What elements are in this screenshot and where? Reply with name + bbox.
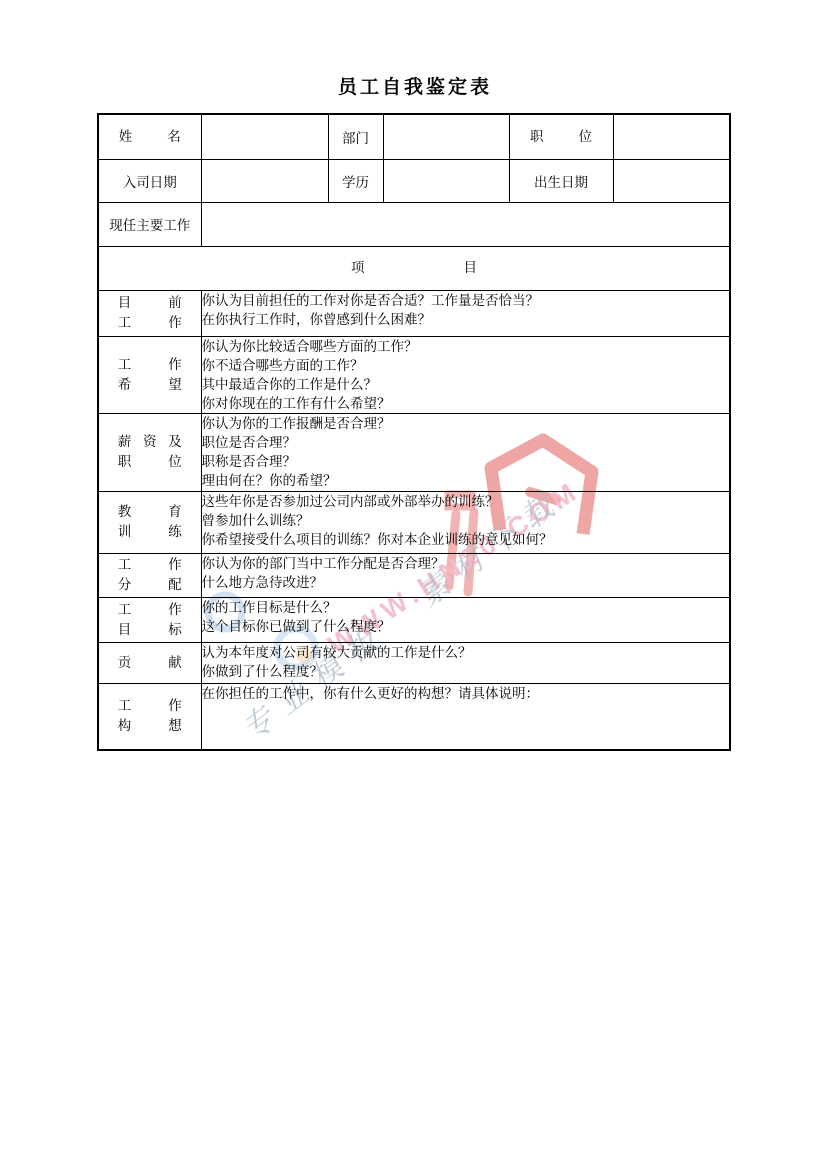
row-questions-salary-position: 你认为你的工作报酬是否合理？ 职位是否合理？ 职称是否合理？ 理由何在？你的希望…: [201, 413, 730, 491]
row-label-line: 工作: [118, 313, 182, 333]
row-questions-work-idea: 在你担任的工作中，你有什么更好的构想？请具体说明：: [201, 683, 730, 750]
question-line: 什么地方急待改进？: [202, 573, 730, 592]
question-line: 职称是否合理？: [202, 452, 730, 471]
question-line: 在你担任的工作中，你有什么更好的构想？请具体说明：: [202, 684, 730, 703]
row-label-education-training: 教育 训练: [98, 491, 201, 553]
question-line: 你的工作目标是什么？: [202, 598, 730, 617]
row-label-line: 目前: [118, 293, 182, 313]
question-line: 你对你现在的工作有什么希望？: [202, 394, 730, 413]
question-line: 在你执行工作时，你曾感到什么困难？: [202, 310, 730, 329]
row-label-line: 目标: [118, 620, 182, 640]
question-line: 职位是否合理？: [202, 433, 730, 452]
section-header-cell: 项目: [98, 246, 730, 290]
row-questions-work-hope: 你认为你比较适合哪些方面的工作？ 你不适合哪些方面的工作？ 其中最适合你的工作是…: [201, 336, 730, 413]
position-label-text: 职位: [530, 127, 592, 147]
table-row: 现任主要工作: [98, 202, 730, 246]
question-line: 你希望接受什么项目的训练？你对本企业训练的意见如何？: [202, 530, 730, 549]
table-row: 目前 工作 你认为目前担任的工作对你是否合适？工作量是否恰当？ 在你执行工作时，…: [98, 290, 730, 336]
row-label-work-idea: 工作 构想: [98, 683, 201, 750]
question-line: 你不适合哪些方面的工作？: [202, 356, 730, 375]
row-label-line: 工作: [118, 555, 182, 575]
page-title: 员工自我鉴定表: [98, 72, 732, 99]
table-row: 工作 希望 你认为你比较适合哪些方面的工作？ 你不适合哪些方面的工作？ 其中最适…: [98, 336, 730, 413]
row-questions-work-allocation: 你认为你的部门当中工作分配是否合理？ 什么地方急待改进？: [201, 553, 730, 597]
row-label-line: 训练: [118, 522, 182, 542]
hire-date-value-cell: [201, 159, 328, 202]
row-label-line: 构想: [118, 716, 182, 736]
row-label-line: 教育: [118, 502, 182, 522]
table-row: 教育 训练 这些年你是否参加过公司内部或外部举办的训练？ 曾参加什么训练？ 你希…: [98, 491, 730, 553]
row-label-salary-position: 薪资及 职位: [98, 413, 201, 491]
self-assessment-table: 姓名 部门 职位 入司日期 学历 出生日期 现任主要工作: [97, 113, 731, 751]
row-label-line: 分配: [118, 575, 182, 595]
row-label-line: 工作: [118, 355, 182, 375]
document-page: WWW.HN20.COM 专业模板 素材下载 员工自我鉴定表 姓名 部门 职位 …: [0, 0, 827, 1169]
table-row: 薪资及 职位 你认为你的工作报酬是否合理？ 职位是否合理？ 职称是否合理？ 理由…: [98, 413, 730, 491]
table-row: 姓名 部门 职位: [98, 114, 730, 159]
question-line: 理由何在？你的希望？: [202, 471, 730, 490]
question-line: 你认为你的部门当中工作分配是否合理？: [202, 554, 730, 573]
row-label-work-allocation: 工作 分配: [98, 553, 201, 597]
table-row: 入司日期 学历 出生日期: [98, 159, 730, 202]
table-row: 贡献 认为本年度对公司有较大贡献的工作是什么？ 你做到了什么程度？: [98, 642, 730, 683]
question-line: 这个目标你已做到了什么程度？: [202, 617, 730, 636]
question-line: 这些年你是否参加过公司内部或外部举办的训练？: [202, 492, 730, 511]
row-label-line: 职位: [118, 452, 182, 472]
question-line: 你做到了什么程度？: [202, 662, 730, 681]
row-label-work-goal: 工作 目标: [98, 597, 201, 642]
position-label: 职位: [509, 114, 613, 159]
section-header-text: 项目: [351, 258, 477, 278]
question-line: 你认为你比较适合哪些方面的工作？: [202, 337, 730, 356]
department-value-cell: [383, 114, 509, 159]
table-row: 工作 分配 你认为你的部门当中工作分配是否合理？ 什么地方急待改进？: [98, 553, 730, 597]
name-label: 姓名: [98, 114, 201, 159]
row-label-line: 贡献: [118, 653, 182, 673]
name-label-text: 姓名: [119, 127, 181, 147]
row-questions-work-goal: 你的工作目标是什么？ 这个目标你已做到了什么程度？: [201, 597, 730, 642]
question-line: 你认为目前担任的工作对你是否合适？工作量是否恰当？: [202, 291, 730, 310]
row-label-work-hope: 工作 希望: [98, 336, 201, 413]
current-main-work-value-cell: [201, 202, 730, 246]
hire-date-label: 入司日期: [98, 159, 201, 202]
table-row: 工作 目标 你的工作目标是什么？ 这个目标你已做到了什么程度？: [98, 597, 730, 642]
row-questions-contribution: 认为本年度对公司有较大贡献的工作是什么？ 你做到了什么程度？: [201, 642, 730, 683]
row-label-contribution: 贡献: [98, 642, 201, 683]
row-label-current-work: 目前 工作: [98, 290, 201, 336]
current-main-work-label: 现任主要工作: [98, 202, 201, 246]
birth-date-label: 出生日期: [509, 159, 613, 202]
row-questions-education-training: 这些年你是否参加过公司内部或外部举办的训练？ 曾参加什么训练？ 你希望接受什么项…: [201, 491, 730, 553]
question-line: 认为本年度对公司有较大贡献的工作是什么？: [202, 643, 730, 662]
row-label-line: 工作: [118, 696, 182, 716]
table-row: 工作 构想 在你担任的工作中，你有什么更好的构想？请具体说明：: [98, 683, 730, 750]
name-value-cell: [201, 114, 328, 159]
row-label-line: 薪资及: [118, 432, 182, 452]
birth-date-value-cell: [613, 159, 730, 202]
row-label-line: 工作: [118, 600, 182, 620]
education-value-cell: [383, 159, 509, 202]
row-questions-current-work: 你认为目前担任的工作对你是否合适？工作量是否恰当？ 在你执行工作时，你曾感到什么…: [201, 290, 730, 336]
row-label-line: 希望: [118, 375, 182, 395]
education-label: 学历: [328, 159, 383, 202]
question-line: 曾参加什么训练？: [202, 511, 730, 530]
question-line: 你认为你的工作报酬是否合理？: [202, 414, 730, 433]
position-value-cell: [613, 114, 730, 159]
table-row: 项目: [98, 246, 730, 290]
question-line: 其中最适合你的工作是什么？: [202, 375, 730, 394]
department-label: 部门: [328, 114, 383, 159]
